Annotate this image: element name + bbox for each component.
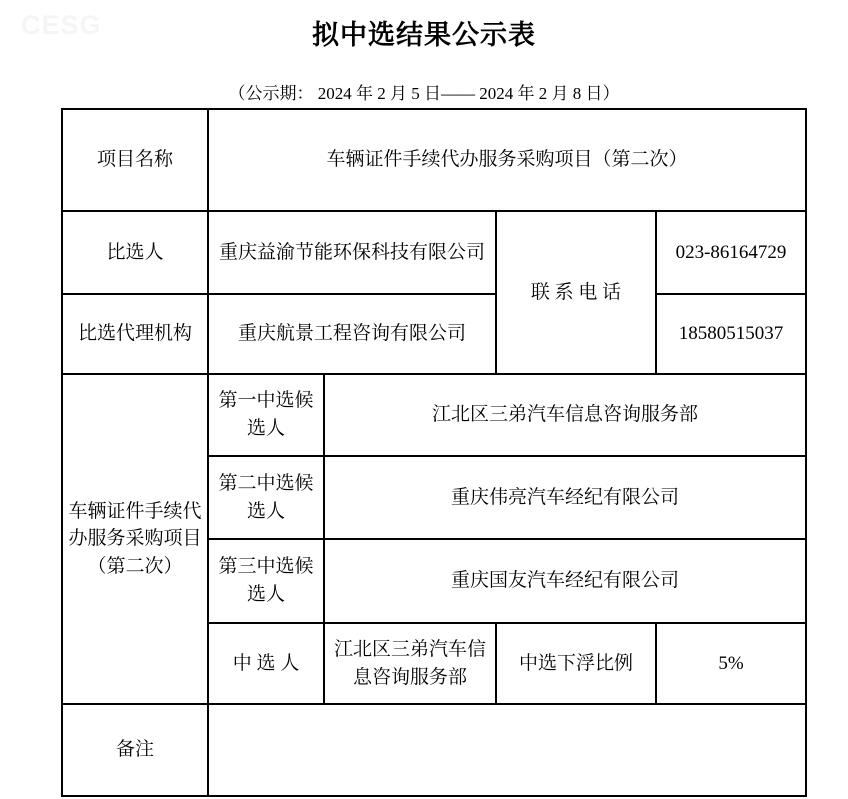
agency-label-cell: 比选代理机构 xyxy=(62,294,208,374)
table-row-remarks: 备注 xyxy=(62,704,806,796)
page-title: 拟中选结果公示表 xyxy=(0,13,848,52)
project-name-value-cell: 车辆证件手续代办服务采购项目（第二次） xyxy=(208,109,806,211)
winner-value-cell: 江北区三弟汽车信 息咨询服务部 xyxy=(324,623,496,704)
table-row-candidate-1: 车辆证件手续代 办服务采购项目 （第二次） 第一中选候 选人 江北区三弟汽车信息… xyxy=(62,374,806,456)
candidate-3-value-cell: 重庆国友汽车经纪有限公司 xyxy=(324,539,806,623)
remarks-value-cell xyxy=(208,704,806,796)
result-table: 项目名称 车辆证件手续代办服务采购项目（第二次） 比选人 重庆益渝节能环保科技有… xyxy=(61,108,807,797)
project-group-label-cell: 车辆证件手续代 办服务采购项目 （第二次） xyxy=(62,374,208,704)
table-row-project-name: 项目名称 车辆证件手续代办服务采购项目（第二次） xyxy=(62,109,806,211)
candidate-1-label-cell: 第一中选候 选人 xyxy=(208,374,324,456)
winner-label-cell: 中 选 人 xyxy=(208,623,324,704)
agency-value-cell: 重庆航景工程咨询有限公司 xyxy=(208,294,496,374)
table-row-agency: 比选代理机构 重庆航景工程咨询有限公司 18580515037 xyxy=(62,294,806,374)
candidate-1-value-cell: 江北区三弟汽车信息咨询服务部 xyxy=(324,374,806,456)
publicity-period: （公示期： 2024 年 2 月 5 日—— 2024 年 2 月 8 日） xyxy=(0,79,848,104)
discount-label-cell: 中选下浮比例 xyxy=(496,623,656,704)
contact-phone-label-cell: 联 系 电 话 xyxy=(496,211,656,374)
candidate-3-label-cell: 第三中选候 选人 xyxy=(208,539,324,623)
bidder-value-cell: 重庆益渝节能环保科技有限公司 xyxy=(208,211,496,294)
candidate-2-value-cell: 重庆伟亮汽车经纪有限公司 xyxy=(324,456,806,539)
remarks-label-cell: 备注 xyxy=(62,704,208,796)
project-name-label-cell: 项目名称 xyxy=(62,109,208,211)
table-row-bidder: 比选人 重庆益渝节能环保科技有限公司 联 系 电 话 023-86164729 xyxy=(62,211,806,294)
bidder-phone-cell: 023-86164729 xyxy=(656,211,806,294)
bidder-label-cell: 比选人 xyxy=(62,211,208,294)
candidate-2-label-cell: 第二中选候 选人 xyxy=(208,456,324,539)
agency-phone-cell: 18580515037 xyxy=(656,294,806,374)
discount-value-cell: 5% xyxy=(656,623,806,704)
